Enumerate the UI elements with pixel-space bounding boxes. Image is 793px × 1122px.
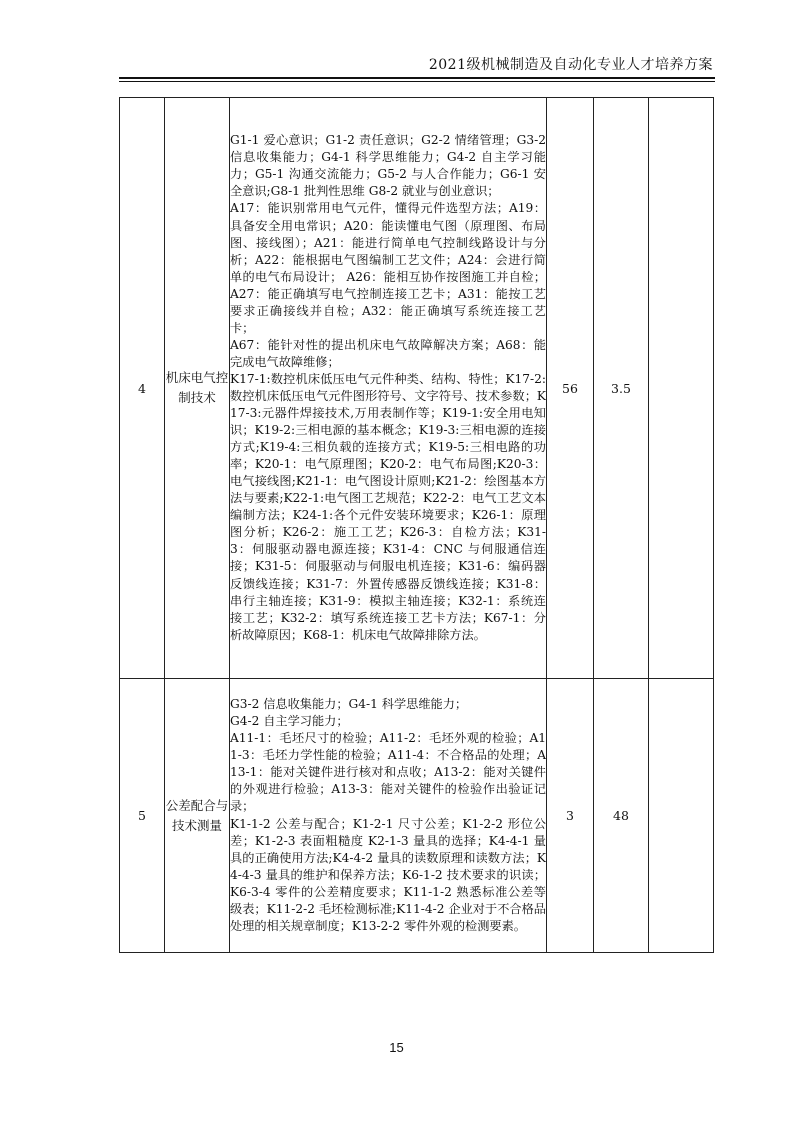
header-rule (119, 77, 715, 79)
course-extra (649, 98, 714, 679)
content-goals: G3-2 信息收集能力；G4-1 科学思维能力； (230, 696, 546, 713)
curriculum-table: 4 机床电气控制技术 G1-1 爱心意识；G1-2 责任意识；G2-2 情绪管理… (119, 97, 714, 953)
course-hours: 56 (547, 98, 594, 679)
page-number: 15 (0, 1040, 793, 1055)
course-credits: 48 (594, 679, 649, 953)
content-abilities: A17：能识别常用电气元件，懂得元件选型方法；A19：具备安全用电常识；A20：… (230, 200, 546, 336)
course-credits: 3.5 (594, 98, 649, 679)
row-number: 4 (120, 98, 165, 679)
content-knowledge: K1-1-2 公差与配合；K1-2-1 尺寸公差；K1-2-2 形位公差；K1-… (230, 816, 546, 935)
row-number: 5 (120, 679, 165, 953)
course-name: 机床电气控制技术 (165, 98, 230, 679)
header-rule-thin (119, 81, 715, 82)
course-hours: 3 (547, 679, 594, 953)
table-row: 5 公差配合与技术测量 G3-2 信息收集能力；G4-1 科学思维能力； G4-… (120, 679, 714, 953)
content-goals-2: G4-2 自主学习能力； (230, 713, 546, 730)
content-knowledge: K17-1:数控机床低压电气元件种类、结构、特性；K17-2:数控机床低压电气元… (230, 371, 546, 644)
table-row: 4 机床电气控制技术 G1-1 爱心意识；G1-2 责任意识；G2-2 情绪管理… (120, 98, 714, 679)
content-goals: G1-1 爱心意识；G1-2 责任意识；G2-2 情绪管理；G3-2 信息收集能… (230, 132, 546, 200)
course-content: G1-1 爱心意识；G1-2 责任意识；G2-2 情绪管理；G3-2 信息收集能… (230, 98, 547, 679)
course-name: 公差配合与技术测量 (165, 679, 230, 953)
course-extra (649, 679, 714, 953)
content-abilities-2: A67：能针对性的提出机床电气故障解决方案；A68：能完成电气故障维修； (230, 337, 546, 371)
content-abilities: A11-1：毛坯尺寸的检验；A11-2：毛坯外观的检验；A11-3：毛坯力学性能… (230, 730, 546, 815)
document-header-title: 2021级机械制造及自动化专业人才培养方案 (119, 54, 713, 74)
course-content: G3-2 信息收集能力；G4-1 科学思维能力； G4-2 自主学习能力； A1… (230, 679, 547, 953)
